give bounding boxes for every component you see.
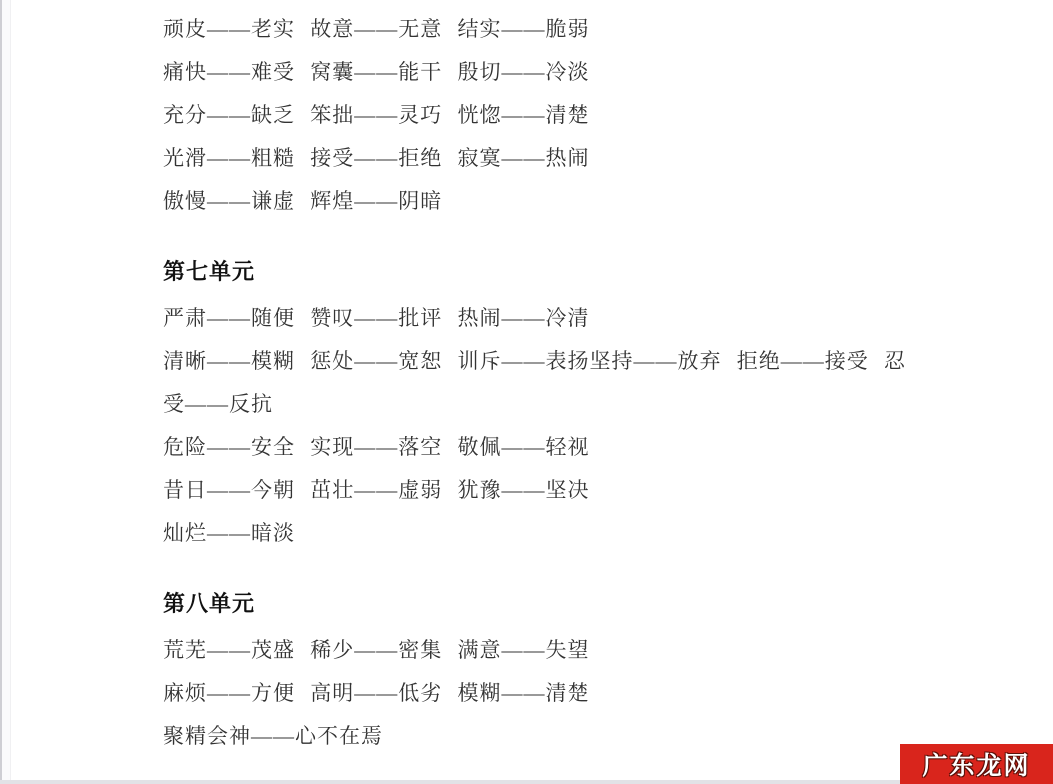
text-line: 顽皮——老实 故意——无意 结实——脆弱 <box>163 8 1033 51</box>
text-line: 充分——缺乏 笨拙——灵巧 恍惚——清楚 <box>163 94 1033 137</box>
page-left-border <box>0 0 11 784</box>
unit-heading: 第七单元 <box>163 250 1033 293</box>
text-line: 痛快——难受 窝囊——能干 殷切——冷淡 <box>163 51 1033 94</box>
document-page: 顽皮——老实 故意——无意 结实——脆弱痛快——难受 窝囊——能干 殷切——冷淡… <box>0 0 1053 784</box>
text-line: 严肃——随便 赞叹——批评 热闹——冷清 <box>163 297 1033 340</box>
watermark-badge: 广东龙网 <box>900 744 1053 784</box>
page-bottom-border <box>0 780 1053 784</box>
text-line: 麻烦——方便 高明——低劣 模糊——清楚 <box>163 672 1033 715</box>
text-line: 光滑——粗糙 接受——拒绝 寂寞——热闹 <box>163 137 1033 180</box>
document-content: 顽皮——老实 故意——无意 结实——脆弱痛快——难受 窝囊——能干 殷切——冷淡… <box>163 8 1033 758</box>
text-line: 受——反抗 <box>163 383 1033 426</box>
text-line: 灿烂——暗淡 <box>163 512 1033 555</box>
text-line: 昔日——今朝 茁壮——虚弱 犹豫——坚决 <box>163 469 1033 512</box>
text-line: 傲慢——谦虚 辉煌——阴暗 <box>163 180 1033 223</box>
text-line: 清晰——模糊 惩处——宽恕 训斥——表扬坚持——放弃 拒绝——接受 忍 <box>163 340 1033 383</box>
watermark-text: 广东龙网 <box>922 746 1030 782</box>
unit-heading: 第八单元 <box>163 582 1033 625</box>
text-line: 危险——安全 实现——落空 敬佩——轻视 <box>163 426 1033 469</box>
text-line: 荒芜——茂盛 稀少——密集 满意——失望 <box>163 629 1033 672</box>
